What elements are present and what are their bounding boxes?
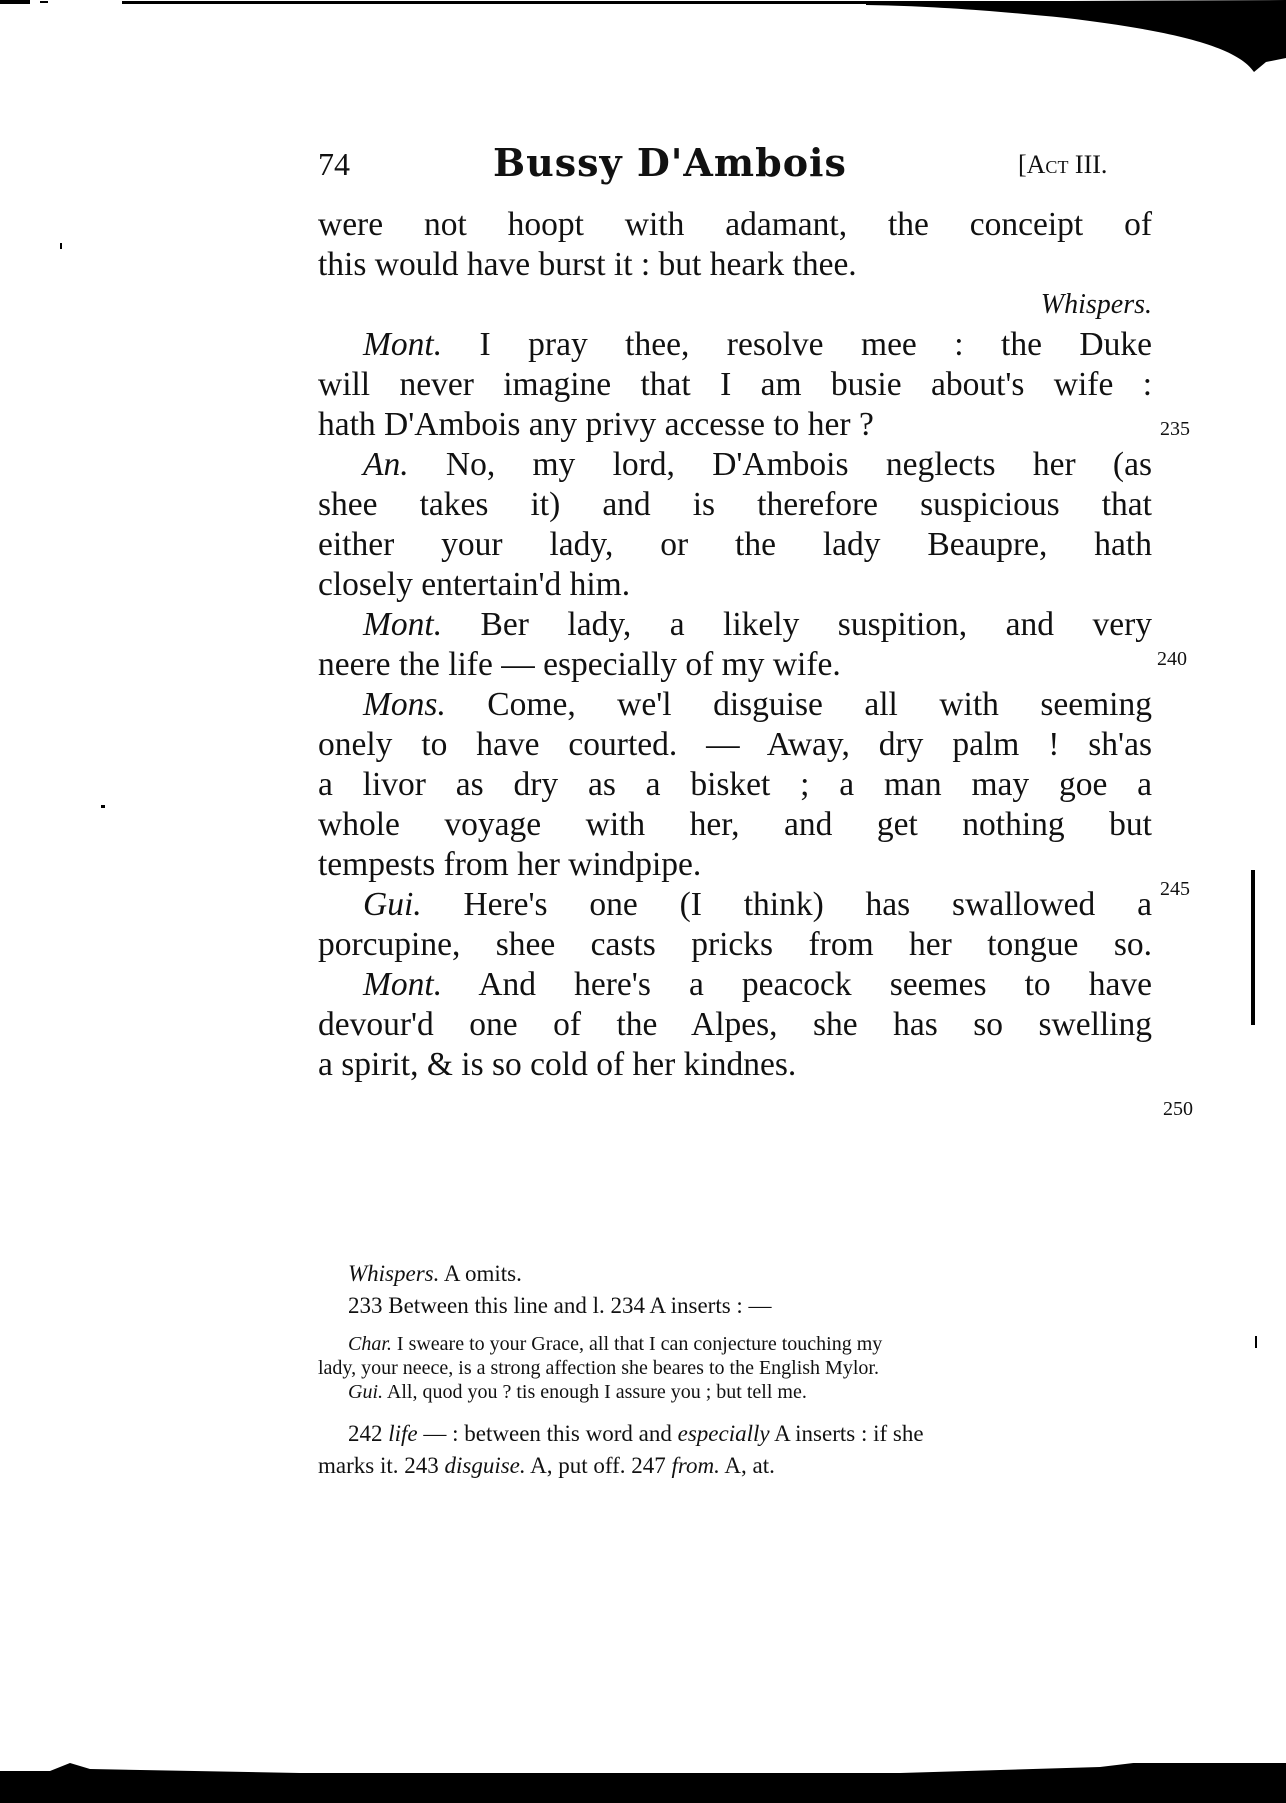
text-line: porcupine, shee casts pricks from her to… <box>318 925 1152 965</box>
speaker-name: Mont. <box>363 966 442 1003</box>
line-number: 250 <box>1163 1098 1193 1121</box>
text-line: a spirit, & is so cold of her kindnes. <box>318 1045 1152 1085</box>
speech-line: Gui. Here's one (I think) has swallowed … <box>318 885 1152 925</box>
speech-line: An. No, my lord, D'Ambois neglects her (… <box>318 445 1152 485</box>
text-line: whole voyage with her, and get nothing b… <box>318 805 1152 845</box>
text-line: were not hoopt with adamant, the conceip… <box>318 205 1152 245</box>
footnote-quote: Char. I sweare to your Grace, all that I… <box>318 1332 1152 1356</box>
text-line: shee takes it) and is therefore suspicio… <box>318 485 1152 525</box>
text-line: devour'd one of the Alpes, she has so sw… <box>318 1005 1152 1045</box>
text-line: will never imagine that I am busie about… <box>318 365 1152 405</box>
line-number: 245 <box>1160 878 1190 901</box>
line-number: 235 <box>1160 418 1190 441</box>
footnote: Whispers. A omits. <box>318 1258 1152 1290</box>
page-title: Bussy D'Ambois <box>493 140 847 185</box>
footnote-quote: lady, your neece, is a strong affection … <box>318 1356 1152 1380</box>
running-head: 74 Bussy D'Ambois [Act III. <box>318 140 1158 190</box>
scan-speck <box>101 805 105 808</box>
line-number: 240 <box>1157 648 1187 671</box>
speech-line: Mont. Ber lady, a likely suspition, and … <box>318 605 1152 645</box>
footnote: 233 Between this line and l. 234 A inser… <box>318 1290 1152 1322</box>
text-line: onely to have courted. — Away, dry palm … <box>318 725 1152 765</box>
speaker-name: Mont. <box>363 606 442 643</box>
scan-corner-shadow <box>866 0 1286 80</box>
text-line: this would have burst it : but heark the… <box>318 245 1152 285</box>
scan-speck <box>60 243 62 249</box>
text-line: a livor as dry as a bisket ; a man may g… <box>318 765 1152 805</box>
speech-line: Mont. I pray thee, resolve mee : the Duk… <box>318 325 1152 365</box>
text-line: closely entertain'd him. <box>318 565 1152 605</box>
speaker-name: Mont. <box>363 326 442 363</box>
speech-line: Mont. And here's a peacock seemes to hav… <box>318 965 1152 1005</box>
footnote: 242 life — : between this word and espec… <box>318 1418 1152 1450</box>
speaker-name: An. <box>363 446 409 483</box>
page-number: 74 <box>318 146 350 183</box>
speaker-name: Mons. <box>363 686 446 723</box>
stage-direction: Whispers. <box>318 285 1152 325</box>
speech-line: Mons. Come, we'l disguise all with seemi… <box>318 685 1152 725</box>
margin-rule <box>1251 870 1255 1025</box>
act-label: [Act III. <box>1018 150 1107 180</box>
footnote: marks it. 243 disguise. A, put off. 247 … <box>318 1450 1152 1482</box>
footnote-quote: Gui. All, quod you ? tis enough I assure… <box>318 1380 1152 1404</box>
text-line: hath D'Ambois any privy accesse to her ? <box>318 405 1152 445</box>
textual-notes: Whispers. A omits. 233 Between this line… <box>318 1258 1152 1482</box>
play-text: were not hoopt with adamant, the conceip… <box>318 205 1152 1085</box>
text-line: tempests from her windpipe. <box>318 845 1152 885</box>
speaker-name: Gui. <box>363 886 422 923</box>
scan-bottom-edge <box>0 1763 1286 1803</box>
scan-speck <box>1255 1336 1257 1348</box>
text-line: either your lady, or the lady Beaupre, h… <box>318 525 1152 565</box>
text-line: neere the life — especially of my wife. <box>318 645 1152 685</box>
